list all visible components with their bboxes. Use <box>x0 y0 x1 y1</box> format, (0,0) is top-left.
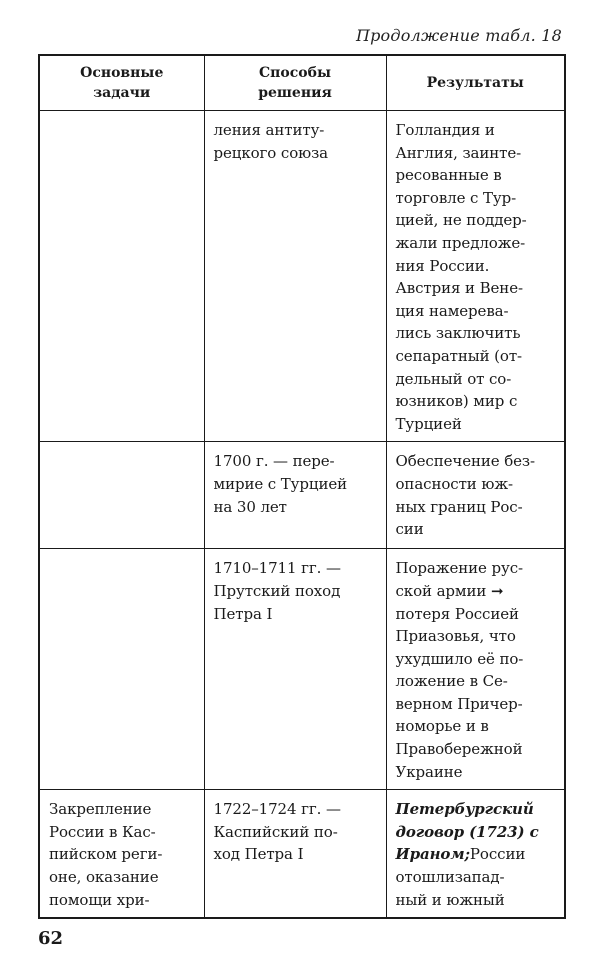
cell-results: Петербургскийдоговор (1723) сИраном;Росс… <box>386 790 565 918</box>
text-line: Закрепление <box>49 798 198 821</box>
text-line: дельный от со- <box>396 368 559 391</box>
text-line: ресованные в <box>396 164 559 187</box>
text-line: верном Причер- <box>396 693 559 716</box>
text-line: ных границ Рос- <box>396 496 559 519</box>
cell-tasks <box>39 442 204 549</box>
text-line: лись заключить <box>396 322 559 345</box>
cell-results: Обеспечение без-опасности юж-ных границ … <box>386 442 565 549</box>
cell-tasks: ЗакреплениеРоссии в Кас-пийском реги-оне… <box>39 790 204 918</box>
text-line: ухудшило её по- <box>396 648 559 671</box>
text-line: 1700 г. — пере- <box>214 450 380 473</box>
text-line: торговле с Тур- <box>396 187 559 210</box>
cell-tasks <box>39 111 204 442</box>
text-line: опасности юж- <box>396 473 559 496</box>
text-fragment: отошли <box>396 868 455 886</box>
cell-results: Поражение рус-ской армии ➞потеря Россией… <box>386 549 565 790</box>
text-line: Приазовья, что <box>396 625 559 648</box>
header-methods: Способырешения <box>204 55 386 111</box>
text-line: на 30 лет <box>214 496 380 519</box>
text-line: мирие с Турцией <box>214 473 380 496</box>
text-line: Прутский поход <box>214 580 380 603</box>
text-line: рецкого союза <box>214 142 380 165</box>
table-row: 1710–1711 гг. —Прутский походПетра I Пор… <box>39 549 565 790</box>
cell-methods: 1710–1711 гг. —Прутский походПетра I <box>204 549 386 790</box>
text-line: Обеспечение без- <box>396 450 559 473</box>
table-row: 1700 г. — пере-мирие с Турциейна 30 лет … <box>39 442 565 549</box>
text-line: оне, оказание <box>49 866 198 889</box>
text-line: ления антиту- <box>214 119 380 142</box>
text-line: Украине <box>396 761 559 784</box>
header-tasks-label: Основныезадачи <box>80 65 163 101</box>
history-table: Основныезадачи Способырешения Результаты… <box>38 54 566 919</box>
cell-tasks <box>39 549 204 790</box>
table-row: ления антиту-рецкого союза Голландия иАн… <box>39 111 565 442</box>
text-line: помощи хри- <box>49 889 198 912</box>
text-line: сепаратный (от- <box>396 345 559 368</box>
treaty-name: Петербургский <box>396 800 534 818</box>
text-line: Поражение рус- <box>396 557 559 580</box>
text-line: пийском реги- <box>49 843 198 866</box>
treaty-name: договор (1723) с <box>396 823 539 841</box>
text-line: юзников) мир с <box>396 390 559 413</box>
text-line: цией, не поддер- <box>396 209 559 232</box>
table-caption: Продолжение табл. 18 <box>356 26 562 45</box>
text-fragment: запад- <box>455 868 505 886</box>
cell-methods: ления антиту-рецкого союза <box>204 111 386 442</box>
text-line: Правобережной <box>396 738 559 761</box>
text-line: 1722–1724 гг. — <box>214 798 380 821</box>
text-line: ложение в Се- <box>396 670 559 693</box>
text-line: потеря Россией <box>396 603 559 626</box>
page-number: 62 <box>38 928 63 949</box>
text-line: Ираном;России <box>396 843 556 866</box>
text-line: номорье и в <box>396 715 559 738</box>
text-line: сии <box>396 518 559 541</box>
header-results: Результаты <box>386 55 565 111</box>
text-line: жали предложе- <box>396 232 559 255</box>
treaty-results: Петербургскийдоговор (1723) сИраном;Росс… <box>387 790 565 917</box>
header-tasks: Основныезадачи <box>39 55 204 111</box>
header-methods-label: Способырешения <box>258 65 332 101</box>
text-line: договор (1723) с <box>396 821 559 844</box>
table-header-row: Основныезадачи Способырешения Результаты <box>39 55 565 111</box>
cell-results: Голландия иАнглия, заинте-ресованные вто… <box>386 111 565 442</box>
text-line: ния России. <box>396 255 559 278</box>
text-line: Голландия и <box>396 119 559 142</box>
text-line: ный и южный <box>396 889 559 912</box>
text-line: ской армии ➞ <box>396 580 559 603</box>
text-fragment: России <box>470 845 525 863</box>
text-line: 1710–1711 гг. — <box>214 557 380 580</box>
cell-methods: 1722–1724 гг. —Каспийский по-ход Петра I <box>204 790 386 918</box>
text-line: Петра I <box>214 603 380 626</box>
header-results-label: Результаты <box>427 75 524 91</box>
treaty-name: Ираном; <box>396 845 470 863</box>
text-line: Петербургский <box>396 798 559 821</box>
text-line: отошлизапад- <box>396 866 556 889</box>
text-line: России в Кас- <box>49 821 198 844</box>
text-line: Австрия и Вене- <box>396 277 559 300</box>
text-line: Каспийский по- <box>214 821 380 844</box>
table-row: ЗакреплениеРоссии в Кас-пийском реги-оне… <box>39 790 565 918</box>
text-line: Англия, заинте- <box>396 142 559 165</box>
text-line: Турцией <box>396 413 559 436</box>
text-line: ход Петра I <box>214 843 380 866</box>
text-line: ция намерева- <box>396 300 559 323</box>
cell-methods: 1700 г. — пере-мирие с Турциейна 30 лет <box>204 442 386 549</box>
